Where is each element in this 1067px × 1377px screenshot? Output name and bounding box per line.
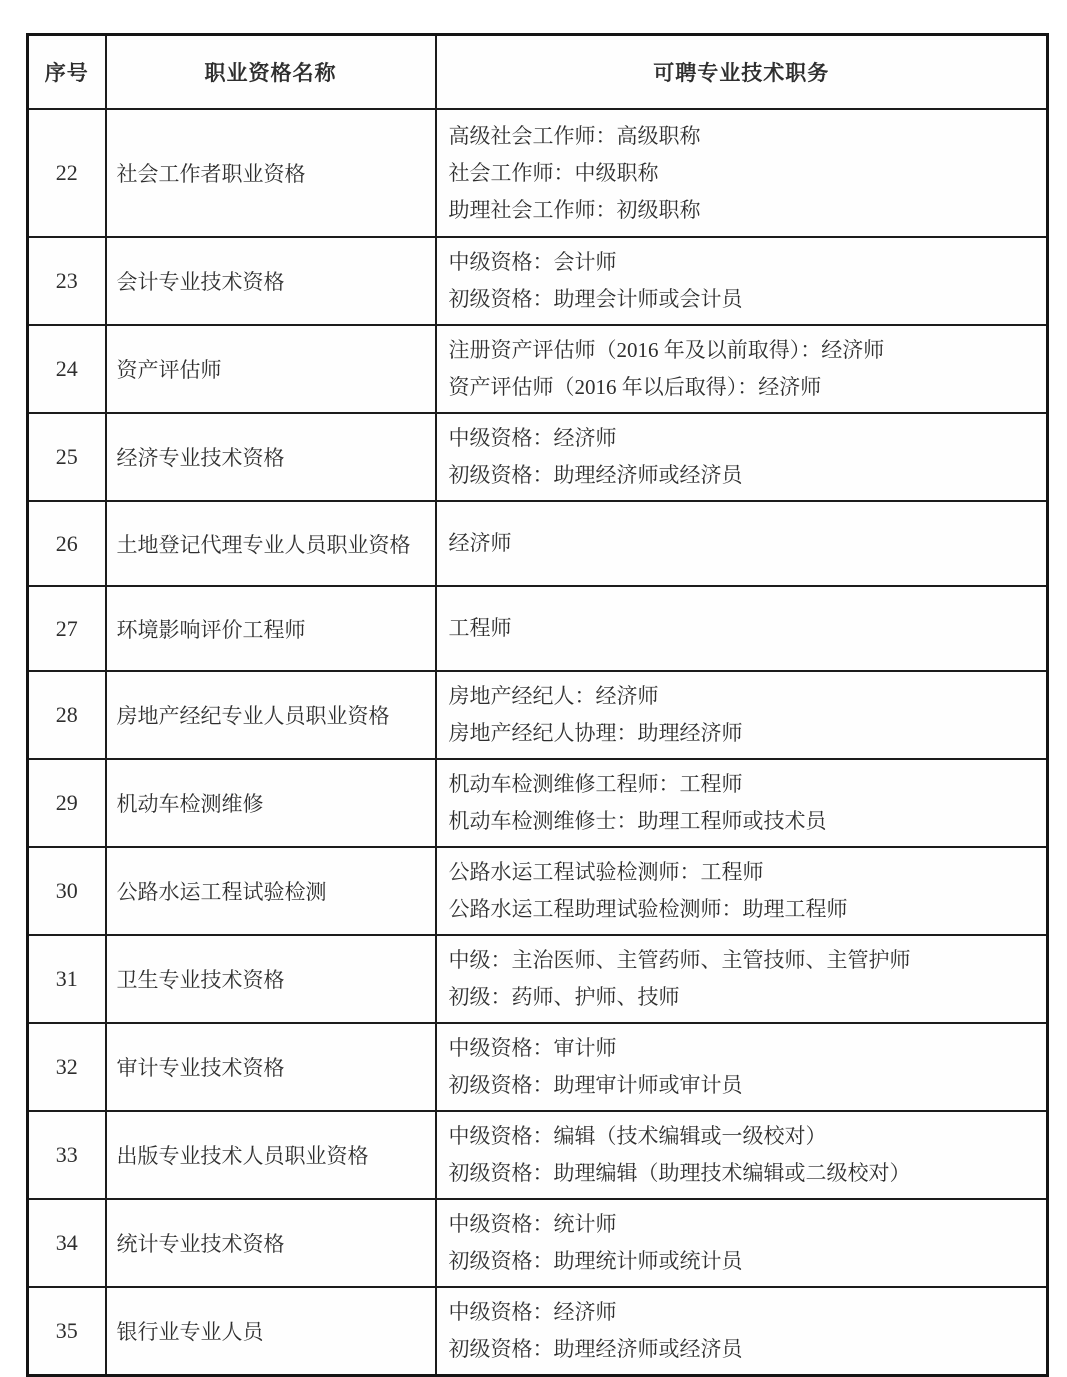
positions-cell: 公路水运工程试验检测师：工程师 公路水运工程助理试验检测师：助理工程师 [436, 847, 1048, 935]
position-line: 中级资格：会计师 [449, 244, 1039, 281]
positions-cell: 中级资格：会计师 初级资格：助理会计师或会计员 [436, 237, 1048, 325]
position-line: 高级社会工作师：高级职称 [449, 118, 1039, 155]
qualification-name-cell: 环境影响评价工程师 [106, 586, 436, 671]
qualification-name-cell: 社会工作者职业资格 [106, 109, 436, 237]
position-line: 初级资格：助理经济师或经济员 [449, 1331, 1039, 1368]
qualification-name-cell: 资产评估师 [106, 325, 436, 413]
serial-number-cell: 30 [28, 847, 106, 935]
serial-number-cell: 31 [28, 935, 106, 1023]
position-line: 社会工作师：中级职称 [449, 155, 1039, 192]
qualification-name-cell: 统计专业技术资格 [106, 1199, 436, 1287]
table-row: 27 环境影响评价工程师 工程师 [28, 586, 1048, 671]
serial-number-cell: 29 [28, 759, 106, 847]
position-line: 初级资格：助理编辑（助理技术编辑或二级校对） [449, 1155, 1039, 1192]
table-row: 29 机动车检测维修 机动车检测维修工程师：工程师 机动车检测维修士：助理工程师… [28, 759, 1048, 847]
serial-number-cell: 28 [28, 671, 106, 759]
positions-cell: 工程师 [436, 586, 1048, 671]
positions-cell: 中级：主治医师、主管药师、主管技师、主管护师 初级：药师、护师、技师 [436, 935, 1048, 1023]
table-row: 22 社会工作者职业资格 高级社会工作师：高级职称 社会工作师：中级职称 助理社… [28, 109, 1048, 237]
position-line: 初级资格：助理统计师或统计员 [449, 1243, 1039, 1280]
position-line: 中级资格：经济师 [449, 1294, 1039, 1331]
table-row: 28 房地产经纪专业人员职业资格 房地产经纪人：经济师 房地产经纪人协理：助理经… [28, 671, 1048, 759]
table-body: 22 社会工作者职业资格 高级社会工作师：高级职称 社会工作师：中级职称 助理社… [28, 109, 1048, 1376]
table-row: 32 审计专业技术资格 中级资格：审计师 初级资格：助理审计师或审计员 [28, 1023, 1048, 1111]
positions-cell: 中级资格：审计师 初级资格：助理审计师或审计员 [436, 1023, 1048, 1111]
table-row: 25 经济专业技术资格 中级资格：经济师 初级资格：助理经济师或经济员 [28, 413, 1048, 501]
serial-number-cell: 26 [28, 501, 106, 586]
position-line: 初级资格：助理经济师或经济员 [449, 457, 1039, 494]
position-line: 初级：药师、护师、技师 [449, 979, 1039, 1016]
position-line: 房地产经纪人：经济师 [449, 678, 1039, 715]
position-line: 工程师 [449, 610, 1039, 647]
position-line: 公路水运工程试验检测师：工程师 [449, 854, 1039, 891]
header-qualification-name: 职业资格名称 [106, 35, 436, 110]
position-line: 中级资格：统计师 [449, 1206, 1039, 1243]
positions-cell: 中级资格：编辑（技术编辑或一级校对） 初级资格：助理编辑（助理技术编辑或二级校对… [436, 1111, 1048, 1199]
qualification-name-cell: 机动车检测维修 [106, 759, 436, 847]
serial-number-cell: 22 [28, 109, 106, 237]
qualification-name-cell: 会计专业技术资格 [106, 237, 436, 325]
positions-cell: 中级资格：统计师 初级资格：助理统计师或统计员 [436, 1199, 1048, 1287]
table-row: 30 公路水运工程试验检测 公路水运工程试验检测师：工程师 公路水运工程助理试验… [28, 847, 1048, 935]
serial-number-cell: 34 [28, 1199, 106, 1287]
positions-cell: 房地产经纪人：经济师 房地产经纪人协理：助理经济师 [436, 671, 1048, 759]
qualification-name-cell: 经济专业技术资格 [106, 413, 436, 501]
position-line: 中级资格：审计师 [449, 1030, 1039, 1067]
position-line: 初级资格：助理会计师或会计员 [449, 281, 1039, 318]
positions-cell: 中级资格：经济师 初级资格：助理经济师或经济员 [436, 413, 1048, 501]
serial-number-cell: 27 [28, 586, 106, 671]
position-line: 助理社会工作师：初级职称 [449, 192, 1039, 229]
position-line: 中级资格：经济师 [449, 420, 1039, 457]
table-row: 35 银行业专业人员 中级资格：经济师 初级资格：助理经济师或经济员 [28, 1287, 1048, 1376]
serial-number-cell: 24 [28, 325, 106, 413]
header-employable-positions: 可聘专业技术职务 [436, 35, 1048, 110]
qualification-name-cell: 房地产经纪专业人员职业资格 [106, 671, 436, 759]
position-line: 注册资产评估师（2016 年及以前取得）：经济师 [449, 332, 1039, 369]
serial-number-cell: 33 [28, 1111, 106, 1199]
position-line: 机动车检测维修工程师：工程师 [449, 766, 1039, 803]
qualification-name-cell: 土地登记代理专业人员职业资格 [106, 501, 436, 586]
position-line: 中级资格：编辑（技术编辑或一级校对） [449, 1118, 1039, 1155]
table-row: 24 资产评估师 注册资产评估师（2016 年及以前取得）：经济师 资产评估师（… [28, 325, 1048, 413]
serial-number-cell: 23 [28, 237, 106, 325]
qualification-table: 序号 职业资格名称 可聘专业技术职务 22 社会工作者职业资格 高级社会工作师：… [26, 33, 1049, 1377]
positions-cell: 机动车检测维修工程师：工程师 机动车检测维修士：助理工程师或技术员 [436, 759, 1048, 847]
qualification-name-cell: 卫生专业技术资格 [106, 935, 436, 1023]
position-line: 机动车检测维修士：助理工程师或技术员 [449, 803, 1039, 840]
position-line: 房地产经纪人协理：助理经济师 [449, 715, 1039, 752]
serial-number-cell: 32 [28, 1023, 106, 1111]
position-line: 经济师 [449, 525, 1039, 562]
table-row: 26 土地登记代理专业人员职业资格 经济师 [28, 501, 1048, 586]
qualification-name-cell: 银行业专业人员 [106, 1287, 436, 1376]
position-line: 资产评估师（2016 年以后取得）：经济师 [449, 369, 1039, 406]
positions-cell: 注册资产评估师（2016 年及以前取得）：经济师 资产评估师（2016 年以后取… [436, 325, 1048, 413]
table-header: 序号 职业资格名称 可聘专业技术职务 [28, 35, 1048, 110]
table-row: 33 出版专业技术人员职业资格 中级资格：编辑（技术编辑或一级校对） 初级资格：… [28, 1111, 1048, 1199]
header-serial-number: 序号 [28, 35, 106, 110]
table-row: 34 统计专业技术资格 中级资格：统计师 初级资格：助理统计师或统计员 [28, 1199, 1048, 1287]
position-line: 公路水运工程助理试验检测师：助理工程师 [449, 891, 1039, 928]
serial-number-cell: 35 [28, 1287, 106, 1376]
position-line: 中级：主治医师、主管药师、主管技师、主管护师 [449, 942, 1039, 979]
qualification-name-cell: 出版专业技术人员职业资格 [106, 1111, 436, 1199]
qualification-name-cell: 公路水运工程试验检测 [106, 847, 436, 935]
serial-number-cell: 25 [28, 413, 106, 501]
table-row: 31 卫生专业技术资格 中级：主治医师、主管药师、主管技师、主管护师 初级：药师… [28, 935, 1048, 1023]
qualification-name-cell: 审计专业技术资格 [106, 1023, 436, 1111]
positions-cell: 中级资格：经济师 初级资格：助理经济师或经济员 [436, 1287, 1048, 1376]
positions-cell: 经济师 [436, 501, 1048, 586]
position-line: 初级资格：助理审计师或审计员 [449, 1067, 1039, 1104]
positions-cell: 高级社会工作师：高级职称 社会工作师：中级职称 助理社会工作师：初级职称 [436, 109, 1048, 237]
table-row: 23 会计专业技术资格 中级资格：会计师 初级资格：助理会计师或会计员 [28, 237, 1048, 325]
table-header-row: 序号 职业资格名称 可聘专业技术职务 [28, 35, 1048, 110]
